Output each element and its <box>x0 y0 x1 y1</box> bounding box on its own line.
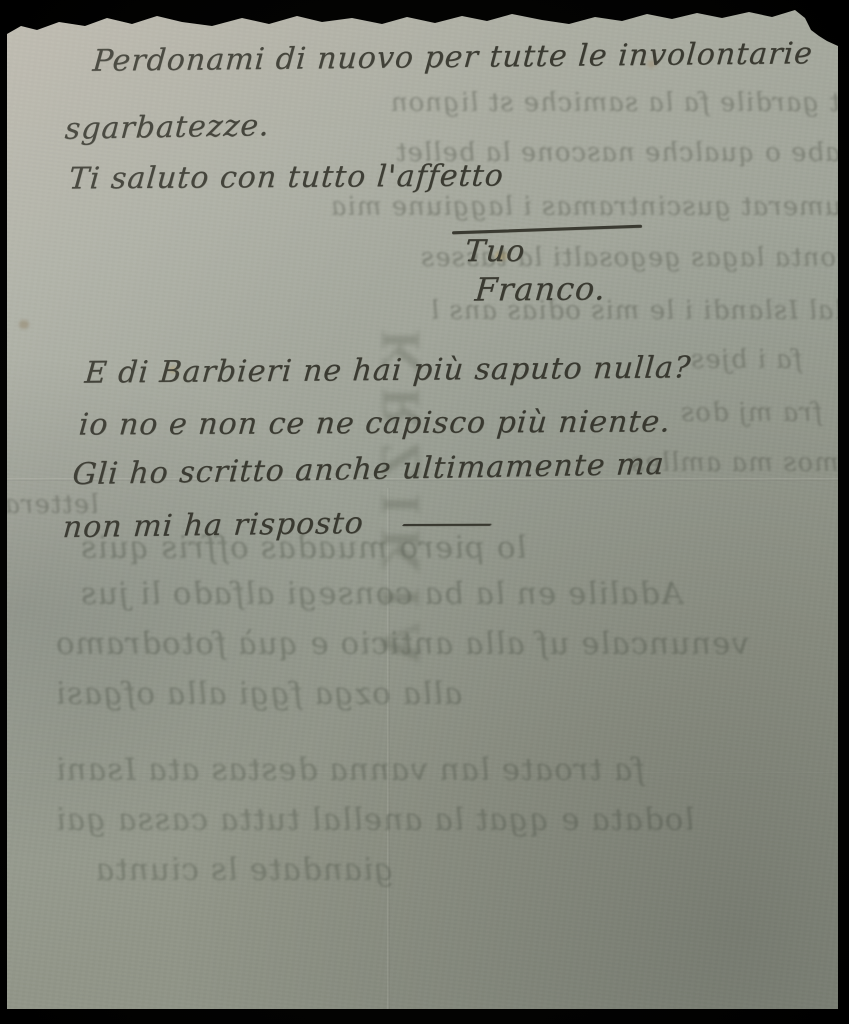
bleedthrough-line: fra mj dos <box>678 398 824 428</box>
postscript-line: non mi ha risposto <box>62 506 366 545</box>
postscript-line: io no e non ce ne capisco più niente. <box>77 404 672 442</box>
paper-stain <box>19 320 29 329</box>
bleedthrough-line: fa i bjes <box>688 345 804 375</box>
bleedthrough-line: giandate ls ciunta <box>93 852 396 888</box>
postscript-line: Gli ho scritto anche ultimamente ma <box>71 447 665 492</box>
bleedthrough-line: numerat guscintramas i laggiune mia <box>328 192 849 222</box>
signature-closing: Tuo <box>463 234 526 269</box>
postscript-dash: — <box>395 506 503 541</box>
letter-body-line: Ti saluto con tutto l'affetto <box>67 158 505 196</box>
bleedthrough-line: la fassait gardile fa la samiche st lign… <box>388 88 849 118</box>
bleedthrough-line: venuncale uf alla anticio e quà fotodram… <box>53 626 751 662</box>
letter-body-line: sgarbatezze. <box>64 108 271 147</box>
letter-paper: KRZIKIA la fassait gardile fa la samiche… <box>7 8 838 1009</box>
postscript-line: E di Barbieri ne hai più saputo nulla? <box>83 350 692 390</box>
bleedthrough-line: alla ozga fggi alla ofgasi <box>53 676 464 712</box>
bleedthrough-line: Adalile en la ba consegi alfado li jus <box>78 576 685 612</box>
bleedthrough-line: fa troate lan vanna destas ata Isani <box>53 752 647 788</box>
signature-overline-stroke <box>452 225 642 234</box>
letter-body-line: Perdonami di nuovo per tutte le involont… <box>91 36 814 79</box>
scan-background: KRZIKIA la fassait gardile fa la samiche… <box>0 0 849 1024</box>
bleedthrough-line: lodata e qgat la anellal tutta cassa gai <box>53 802 696 838</box>
signature-name: Franco. <box>473 269 607 308</box>
